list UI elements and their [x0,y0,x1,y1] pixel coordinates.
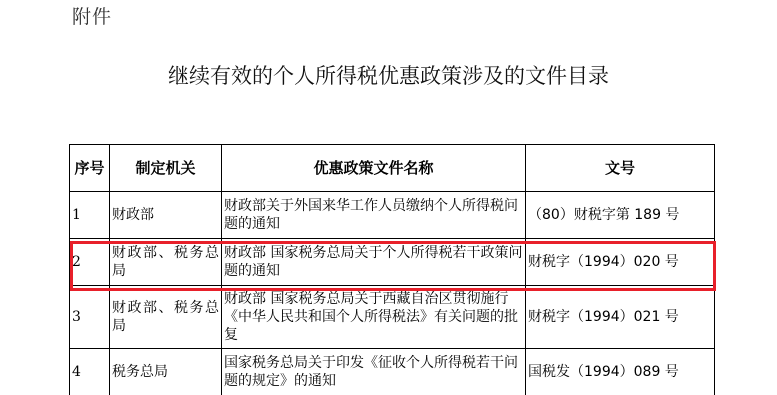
row-seq: 3 [70,286,110,349]
row-agency: 税务总局 [110,349,222,395]
row-file-name: 国家税务总局关于印发《征收个人所得税若干问题的规定》的通知 [222,349,526,395]
header-seq: 序号 [70,145,110,192]
policy-file-table: 序号 制定机关 优惠政策文件名称 文号 1 财政部 财政部关于外国来华工作人员缴… [69,144,715,395]
row-doc-number: 财税字（1994）020 号 [526,239,715,286]
row-file-name: 财政部 国家税务总局关于个人所得税若干政策问题的通知 [222,239,526,286]
table-row: 4 税务总局 国家税务总局关于印发《征收个人所得税若干问题的规定》的通知 国税发… [70,349,715,395]
row-seq: 4 [70,349,110,395]
row-seq: 1 [70,192,110,239]
header-doc-number: 文号 [526,145,715,192]
table-row: 2 财政部、税务总局 财政部 国家税务总局关于个人所得税若干政策问题的通知 财税… [70,239,715,286]
row-agency: 财政部、税务总局 [110,286,222,349]
row-agency: 财政部、税务总局 [110,239,222,286]
header-file-name: 优惠政策文件名称 [222,145,526,192]
row-doc-number: （80）财税字第 189 号 [526,192,715,239]
table-row: 3 财政部、税务总局 财政部 国家税务总局关于西藏自治区贯彻施行《中华人民共和国… [70,286,715,349]
table-header-row: 序号 制定机关 优惠政策文件名称 文号 [70,145,715,192]
document-title: 继续有效的个人所得税优惠政策涉及的文件目录 [0,60,777,90]
header-agency: 制定机关 [110,145,222,192]
attachment-label: 附件 [72,2,112,29]
row-doc-number: 财税字（1994）021 号 [526,286,715,349]
row-file-name: 财政部 国家税务总局关于西藏自治区贯彻施行《中华人民共和国个人所得税法》有关问题… [222,286,526,349]
row-agency: 财政部 [110,192,222,239]
row-seq: 2 [70,239,110,286]
row-file-name: 财政部关于外国来华工作人员缴纳个人所得税问题的通知 [222,192,526,239]
table-row: 1 财政部 财政部关于外国来华工作人员缴纳个人所得税问题的通知 （80）财税字第… [70,192,715,239]
row-doc-number: 国税发（1994）089 号 [526,349,715,395]
